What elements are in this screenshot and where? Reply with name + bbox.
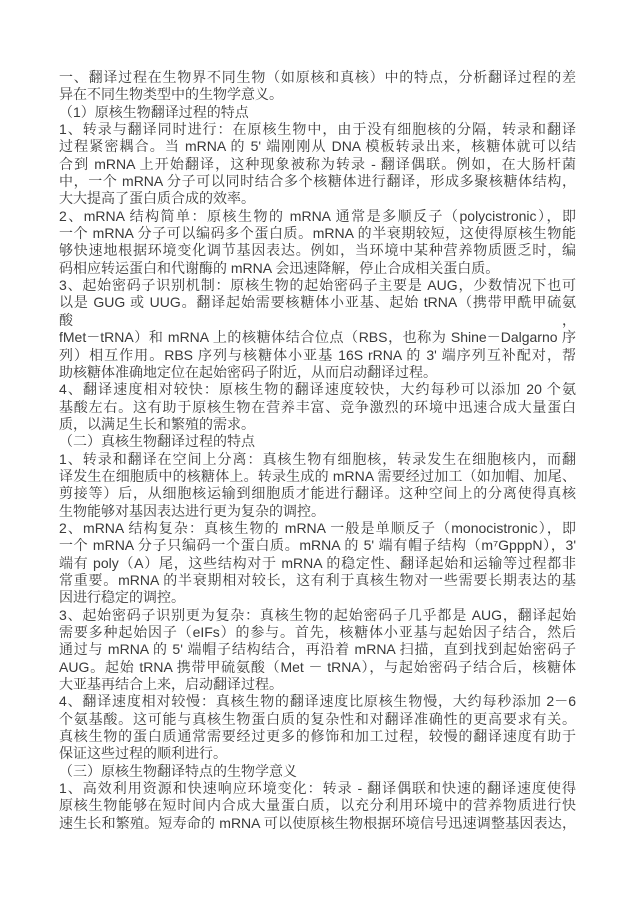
text-line: 生物能够对基因表达进行更为复杂的调控。 xyxy=(59,503,576,520)
text-line: 4、翻译速度相对较快：原核生物的翻译速度较快，大约每秒可以添加 20 个氨 xyxy=(59,381,576,398)
text-line: 列）相互作用。RBS 序列与核糖体小亚基 16S rRNA 的 3' 端序列互补… xyxy=(59,347,576,364)
text-line: 真核生物的蛋白质通常需要经过更多的修饰和加工过程，较慢的翻译速度有助于 xyxy=(59,728,576,745)
text-line: 助核糖体准确地定位在起始密码子附近，从而启动翻译过程。 xyxy=(59,364,576,381)
text-line: 个氨基酸。这可能与真核生物蛋白质的复杂性和对翻译准确性的更高要求有关。 xyxy=(59,711,576,728)
text-line: 1、转录与翻译同时进行：在原核生物中，由于没有细胞核的分隔，转录和翻译 xyxy=(59,121,576,138)
document-page: 一、翻译过程在生物界不同生物（如原核和真核）中的特点，分析翻译过程的差异在不同生… xyxy=(0,0,640,905)
text-line: 一个 mRNA 分子可以编码多个蛋白质。mRNA 的半衰期较短，这使得原核生物能 xyxy=(59,225,576,242)
text-line: 2、mRNA 结构复杂：真核生物的 mRNA 一般是单顺反子（monocistr… xyxy=(59,520,576,537)
text-line: fMet－tRNA）和 mRNA 上的核糖体结合位点（RBS，也称为 Shine… xyxy=(59,329,576,346)
text-line: 够快速地根据环境变化调节基因表达。例如，当环境中某种营养物质匮乏时，编 xyxy=(59,242,576,259)
text-line: 以是 GUG 或 UUG。翻译起始需要核糖体小亚基、起始 tRNA（携带甲酰甲硫… xyxy=(59,294,576,329)
text-line: 大亚基再结合上来，启动翻译过程。 xyxy=(59,676,576,693)
text-line: 质，以满足生长和繁殖的需求。 xyxy=(59,416,576,433)
text-line: 保证这些过程的顺利进行。 xyxy=(59,745,576,762)
text-line: 速生长和繁殖。短寿命的 mRNA 可以使原核生物根据环境信号迅速调整基因表达， xyxy=(59,815,576,832)
text-line: （二）真核生物翻译过程的特点 xyxy=(59,433,576,450)
text-line: 3、起始密码子识别机制：原核生物的起始密码子主要是 AUG，少数情况下也可 xyxy=(59,277,576,294)
text-line: 异在不同生物类型中的生物学意义。 xyxy=(59,86,576,103)
text-line: （三）原核生物翻译特点的生物学意义 xyxy=(59,763,576,780)
text-line: （1）原核生物翻译过程的特点 xyxy=(59,104,576,121)
text-line: 常重要。mRNA 的半衰期相对较长，这有利于真核生物对一些需要长期表达的基 xyxy=(59,572,576,589)
text-line: 合到 mRNA 上开始翻译，这种现象被称为转录 - 翻译偶联。例如，在大肠杆菌 xyxy=(59,156,576,173)
text-line: 码相应转运蛋白和代谢酶的 mRNA 会迅速降解，停止合成相关蛋白质。 xyxy=(59,260,576,277)
text-line: 译发生在细胞质中的核糖体上。转录生成的 mRNA 需要经过加工（如加帽、加尾、 xyxy=(59,468,576,485)
text-line: 一、翻译过程在生物界不同生物（如原核和真核）中的特点，分析翻译过程的差 xyxy=(59,69,576,86)
text-line: 一个 mRNA 分子只编码一个蛋白质。mRNA 的 5' 端有帽子结构（m⁷Gp… xyxy=(59,537,576,554)
text-line: 原核生物能够在短时间内合成大量蛋白质，以充分利用环境中的营养物质进行快 xyxy=(59,797,576,814)
text-line: 基酸左右。这有助于原核生物在营养丰富、竞争激烈的环境中迅速合成大量蛋白 xyxy=(59,399,576,416)
text-line: 通过与 mRNA 的 5' 端帽子结构结合，再沿着 mRNA 扫描，直到找到起始… xyxy=(59,641,576,658)
text-line: 中，一个 mRNA 分子可以同时结合多个核糖体进行翻译，形成多聚核糖体结构， xyxy=(59,173,576,190)
text-line: 需要多种起始因子（eIFs）的参与。首先，核糖体小亚基与起始因子结合，然后 xyxy=(59,624,576,641)
text-line: 2、mRNA 结构简单：原核生物的 mRNA 通常是多顺反子（polycistr… xyxy=(59,208,576,225)
text-line: 4、翻译速度相对较慢：真核生物的翻译速度比原核生物慢，大约每秒添加 2－6 xyxy=(59,693,576,710)
document-body: 一、翻译过程在生物界不同生物（如原核和真核）中的特点，分析翻译过程的差异在不同生… xyxy=(59,69,576,832)
text-line: AUG。起始 tRNA 携带甲硫氨酸（Met － tRNA），与起始密码子结合后… xyxy=(59,659,576,676)
text-line: 1、转录和翻译在空间上分离：真核生物有细胞核，转录发生在细胞核内，而翻 xyxy=(59,451,576,468)
text-line: 因进行稳定的调控。 xyxy=(59,589,576,606)
text-line: 1、高效利用资源和快速响应环境变化：转录 - 翻译偶联和快速的翻译速度使得 xyxy=(59,780,576,797)
text-line: 过程紧密耦合。当 mRNA 的 5' 端刚刚从 DNA 模板转录出来，核糖体就可… xyxy=(59,138,576,155)
text-line: 端有 poly（A）尾，这些结构对于 mRNA 的稳定性、翻译起始和运输等过程都… xyxy=(59,555,576,572)
text-line: 剪接等）后，从细胞核运输到细胞质才能进行翻译。这种空间上的分离使得真核 xyxy=(59,485,576,502)
text-line: 3、起始密码子识别更为复杂：真核生物的起始密码子几乎都是 AUG，翻译起始 xyxy=(59,607,576,624)
text-line: 大大提高了蛋白质合成的效率。 xyxy=(59,190,576,207)
